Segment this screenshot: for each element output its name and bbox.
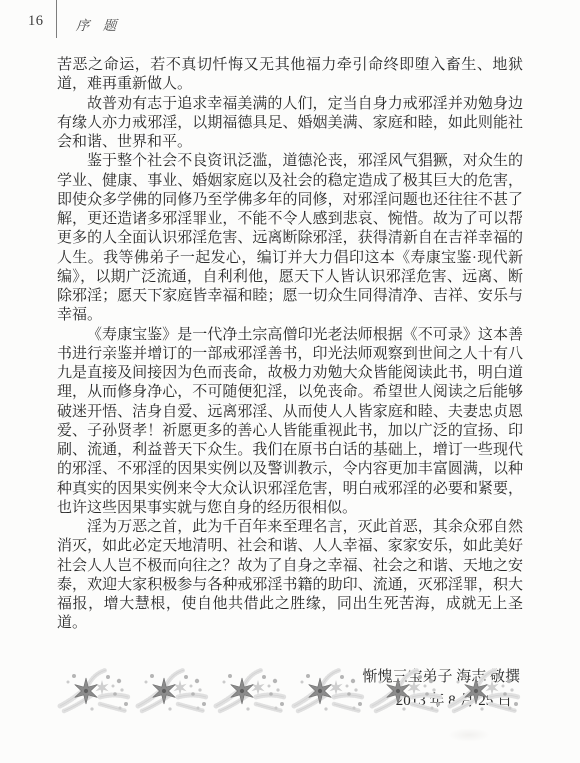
paragraph: 《寿康宝鉴》是一代净土宗高僧印光老法师根据《不可录》这本善书进行亲鉴并增订的一部… xyxy=(57,326,523,519)
flower-ornament-icon xyxy=(212,663,290,717)
paragraph: 故普劝有志于追求幸福美满的人们，定当自身力戒邪淫并劝勉身边有缘人亦力戒邪淫，以期… xyxy=(57,95,523,153)
floral-border xyxy=(56,663,524,717)
body-text: 苦恶之命运，若不真切忏悔又无其他福力牵引命终即堕入畜生、地狱道，难再重新做人。 … xyxy=(57,56,523,713)
flower-ornament-icon xyxy=(446,663,524,717)
header-divider-line xyxy=(56,0,57,38)
flower-ornament-icon xyxy=(368,663,446,717)
paragraph: 鉴于整个社会不良资讯泛滥，道德沦丧，邪淫风气猖獗，对众生的学业、健康、事业、婚姻… xyxy=(57,152,523,325)
flower-ornament-icon xyxy=(134,663,212,717)
running-header-title: 序 题 xyxy=(75,14,117,34)
paragraph: 苦恶之命运，若不真切忏悔又无其他福力牵引命终即堕入畜生、地狱道，难再重新做人。 xyxy=(57,56,523,95)
flower-ornament-icon xyxy=(56,663,134,717)
flower-ornament-icon xyxy=(290,663,368,717)
page-number: 16 xyxy=(28,13,44,30)
scan-smudge xyxy=(448,728,490,742)
paragraph: 淫为万恶之首，此为千百年来至理名言，灭此首恶，其余众邪自然消灭，如此必定天地清明… xyxy=(57,518,523,634)
scanned-book-page: 16 序 题 苦恶之命运，若不真切忏悔又无其他福力牵引命终即堕入畜生、地狱道，难… xyxy=(0,0,580,763)
